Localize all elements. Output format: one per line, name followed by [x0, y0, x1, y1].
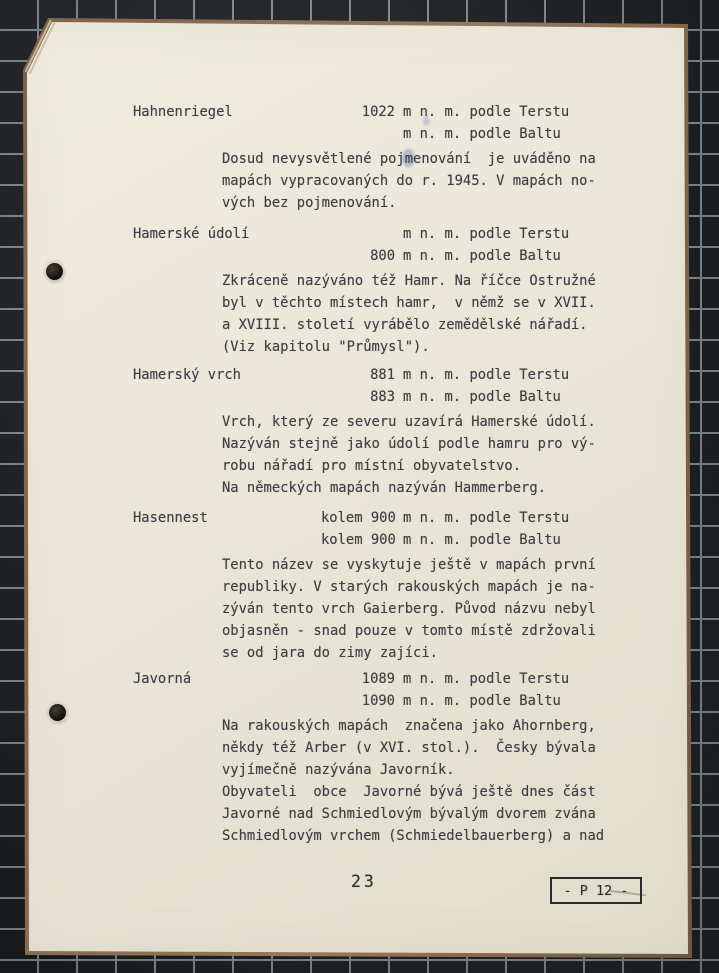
entry: Hasennest kolem 900m n. m. podle Terstu …	[133, 507, 613, 664]
elevation-line: kolem 900m n. m. podle Baltu	[321, 529, 569, 551]
entry-head: Hasennest kolem 900m n. m. podle Terstu …	[133, 507, 613, 551]
entry-head: Hamerské údolí m n. m. podle Terstu 800m…	[133, 223, 613, 267]
entry-term: Hasennest	[133, 507, 208, 529]
entry-description: Dosud nevysvětlené pojmenování je uváděn…	[222, 148, 613, 214]
entry: Hamerské údolí m n. m. podle Terstu 800m…	[133, 223, 613, 358]
elevation-ref: m n. m. podle Baltu	[403, 532, 561, 548]
entry-term: Javorná	[133, 668, 191, 690]
elevation-value: 800	[321, 245, 395, 267]
elevation-line: kolem 900m n. m. podle Terstu	[321, 507, 569, 529]
elevation-value: kolem 900	[321, 507, 395, 529]
elevation-value: 881	[321, 364, 395, 386]
entry-description: Vrch, který ze severu uzavírá Hamerské ú…	[222, 411, 613, 499]
entry-head: Hamerský vrch 881m n. m. podle Terstu 88…	[133, 364, 613, 408]
elevation-value: kolem 900	[321, 529, 395, 551]
entry: Javorná 1089m n. m. podle Terstu 1090m n…	[133, 668, 613, 847]
elevation-block: 1089m n. m. podle Terstu 1090m n. m. pod…	[321, 668, 569, 712]
elevation-line: 1090m n. m. podle Baltu	[321, 690, 569, 712]
elevation-line: 1022m n. m. podle Terstu	[321, 101, 569, 123]
elevation-line: m n. m. podle Terstu	[321, 223, 569, 245]
elevation-value: 1089	[321, 668, 395, 690]
elevation-ref: m n. m. podle Baltu	[403, 693, 561, 709]
elevation-block: 881m n. m. podle Terstu 883m n. m. podle…	[321, 364, 569, 408]
page-content: Hahnenriegel 1022m n. m. podle Terstu m …	[133, 101, 613, 855]
entry: Hahnenriegel 1022m n. m. podle Terstu m …	[133, 101, 613, 214]
entry-term: Hamerský vrch	[133, 364, 241, 386]
elevation-ref: m n. m. podle Baltu	[403, 248, 561, 264]
elevation-ref: m n. m. podle Terstu	[403, 510, 569, 526]
punch-hole	[46, 263, 63, 280]
elevation-ref: m n. m. podle Terstu	[403, 367, 569, 383]
entry-description: Zkráceně nazýváno též Hamr. Na říčce Ost…	[222, 270, 613, 358]
elevation-block: m n. m. podle Terstu 800m n. m. podle Ba…	[321, 223, 569, 267]
page-number: 23	[351, 872, 377, 891]
elevation-value: 883	[321, 386, 395, 408]
elevation-block: 1022m n. m. podle Terstu m n. m. podle B…	[321, 101, 569, 145]
document-page: Hahnenriegel 1022m n. m. podle Terstu m …	[0, 0, 719, 973]
elevation-ref: m n. m. podle Baltu	[403, 126, 561, 142]
elevation-ref: m n. m. podle Terstu	[403, 671, 569, 687]
elevation-ref: m n. m. podle Terstu	[403, 104, 569, 120]
entry-term: Hamerské údolí	[133, 223, 249, 245]
elevation-line: m n. m. podle Baltu	[321, 123, 569, 145]
entry-head: Javorná 1089m n. m. podle Terstu 1090m n…	[133, 668, 613, 712]
entry-term: Hahnenriegel	[133, 101, 233, 123]
elevation-line: 881m n. m. podle Terstu	[321, 364, 569, 386]
elevation-ref: m n. m. podle Terstu	[403, 226, 569, 242]
entry-head: Hahnenriegel 1022m n. m. podle Terstu m …	[133, 101, 613, 145]
elevation-value: 1090	[321, 690, 395, 712]
elevation-value: 1022	[321, 101, 395, 123]
elevation-line: 800m n. m. podle Baltu	[321, 245, 569, 267]
entry-description: Tento název se vyskytuje ještě v mapách …	[222, 554, 613, 664]
elevation-ref: m n. m. podle Baltu	[403, 389, 561, 405]
entry: Hamerský vrch 881m n. m. podle Terstu 88…	[133, 364, 613, 499]
punch-hole	[49, 704, 66, 721]
elevation-line: 1089m n. m. podle Terstu	[321, 668, 569, 690]
elevation-block: kolem 900m n. m. podle Terstu kolem 900m…	[321, 507, 569, 551]
entry-description: Na rakouských mapách značena jako Ahornb…	[222, 715, 613, 847]
page-stamp: - P 12 -	[550, 877, 642, 904]
elevation-line: 883m n. m. podle Baltu	[321, 386, 569, 408]
